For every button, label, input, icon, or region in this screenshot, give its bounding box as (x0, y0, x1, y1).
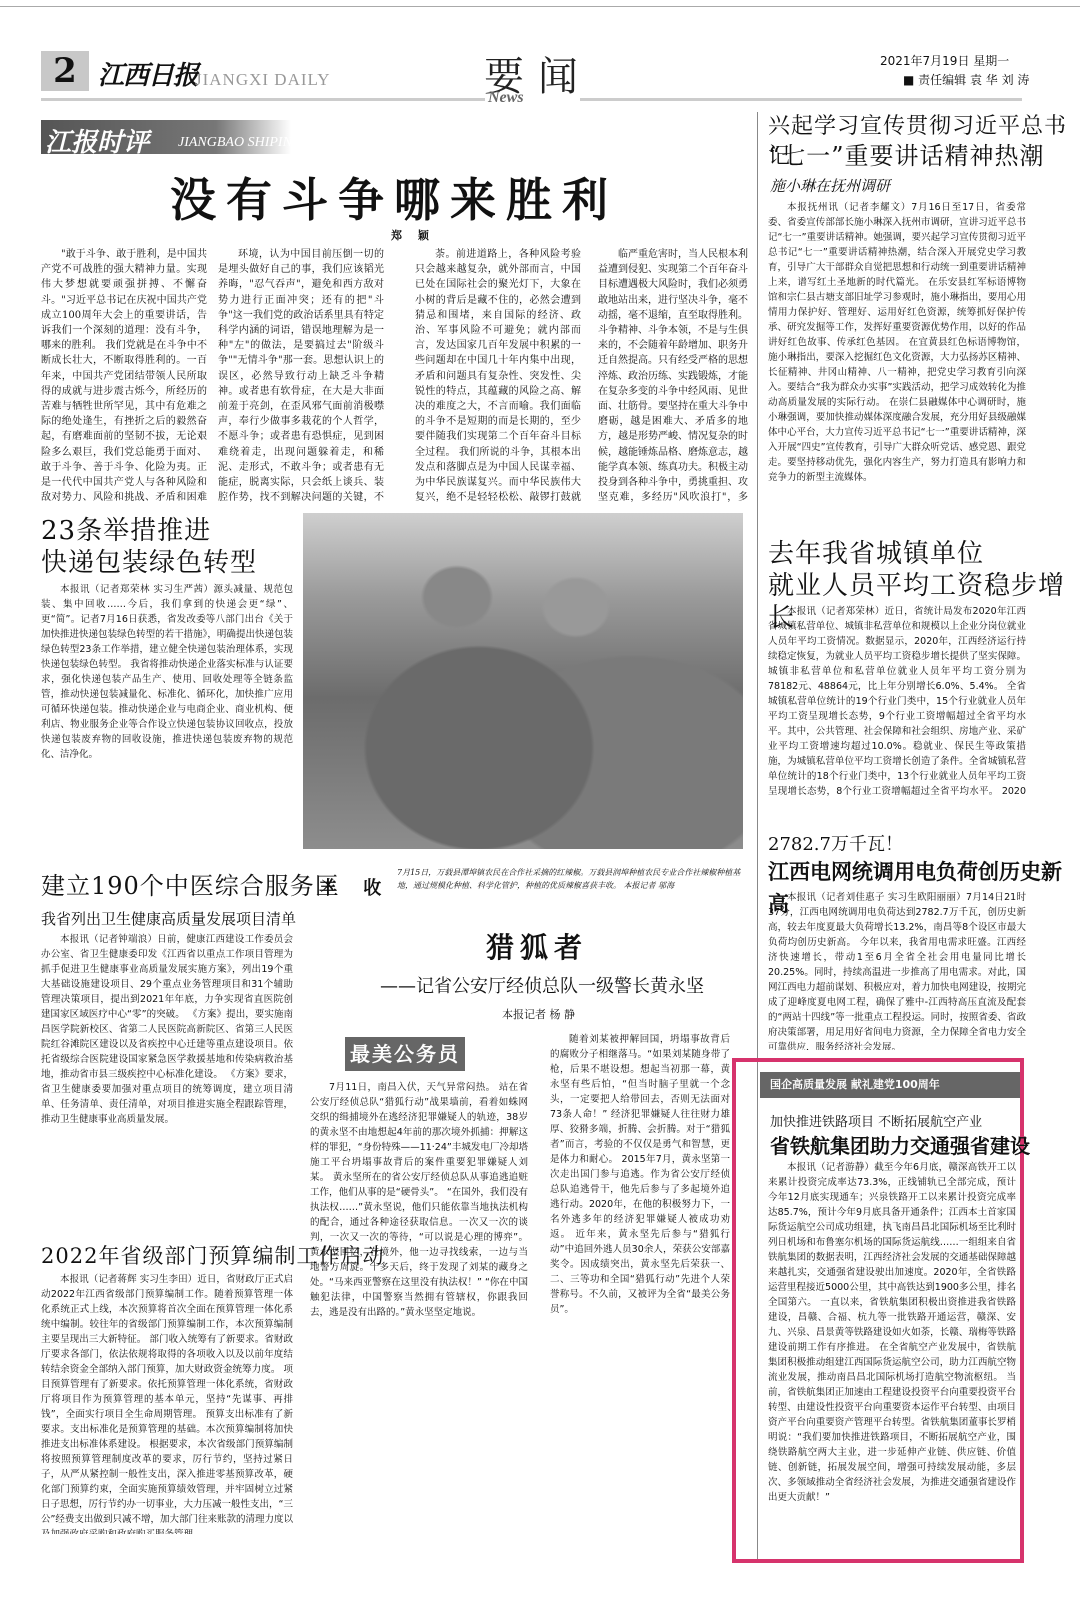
editorial-headline: 没有斗争哪来胜利 (170, 164, 618, 230)
railway-headline: 省铁航集团助力交通强省建设 (770, 1130, 1030, 1159)
tcm-headline: 建立190个中医综合服务区 (41, 870, 340, 902)
award-banner: 最美公务员 (345, 1037, 465, 1071)
masthead-rule-right (580, 98, 1022, 101)
page-number: 2 (41, 51, 89, 91)
railway-kicker: 加快推进铁路项目 不断拓展航空产业 (770, 1111, 982, 1130)
column-banner-en: JIANGBAO SHIPING (178, 135, 302, 151)
railway-banner: 国企高质量发展 献礼建党100周年 (760, 1072, 1020, 1098)
column-banner-title: 江报时评 (45, 122, 149, 159)
study-headline-2: “七一”重要讲话精神热潮 (768, 140, 1045, 172)
issue-date: 2021年7月19日 星期一 (880, 52, 1009, 69)
section-title-en: News (488, 89, 524, 107)
editorial-column-2: 环境，认为中国目前压倒一切的是埋头做好自己的事，我们应该韬光养晦，"忍气吞声"，… (218, 247, 384, 502)
hunter-byline: 本报记者 杨 静 (502, 1006, 575, 1022)
power-kicker: 2782.7万千瓦！ (768, 830, 903, 856)
top-rule (0, 6, 1080, 7)
hunter-column-1: 7月11日，南昌入伏，天气异常闷热。 站在省公安厅经侦总队“猎狐行动”战果墙前，… (310, 1080, 528, 1535)
study-body: 本报抚州讯（记者李耀文）7月16日至17日，省委常委、省委宣传部部长施小琳深入抚… (768, 200, 1026, 525)
editorial-column-1: "敢于斗争、敢于胜利，是中国共产党不可战胜的强大精神力量。实现伟大梦想就要顽强拼… (41, 247, 207, 502)
budget-body: 本报讯（记者蒋辉 实习生李田）近日，省财政厅正式启动2022年江西省级部门预算编… (41, 1272, 293, 1534)
responsible-editor: ■ 责任编辑 袁 华 刘 涛 (903, 71, 1029, 88)
paper-name-en: JIANGXI DAILY (195, 70, 330, 90)
power-body: 本报讯（记者刘佳惠子 实习生欧阳丽丽）7月14日21时37分，江西电网统调用电负… (768, 890, 1026, 1050)
editorial-author: 郑 颖 (391, 227, 435, 243)
editorial-column-3: 荼。前进道路上，各种风险考验只会越来越复杂，就外部而言，中国已处在国际社会的聚光… (415, 247, 581, 502)
wages-body: 本报讯（记者郑荣林）近日，省统计局发布2020年江西省城镇私营单位、城镇非私营单… (768, 604, 1026, 800)
study-subtitle: 施小琳在抚州调研 (770, 175, 890, 196)
express-body: 本报讯（记者郑荣林 实习生严茜）源头减量、规范包装、集中回收……今后，我们拿到的… (41, 582, 293, 860)
masthead-rule-left (41, 98, 485, 101)
hunter-headline: 猎狐者 (486, 926, 588, 966)
paper-logo: 江西日报 (98, 55, 198, 92)
hunter-column-2: 随着刘某被押解回国，坍塌事故背后的腐败分子相继落马。“如果刘某随身带了枪，后果不… (550, 1032, 730, 1537)
express-headline-1: 23条举措推进 (41, 515, 211, 547)
wages-headline-1: 去年我省城镇单位 (768, 538, 984, 570)
hunter-subtitle: ——记省公安厅经侦总队一级警长黄永坚 (380, 972, 704, 998)
photo-caption: 7月15日，万载县潭埠镇农民在合作社采摘的红辣椒。万载县润埠种植农民专业合作社辣… (397, 866, 747, 892)
harvest-photo (303, 513, 743, 849)
tcm-body: 本报讯（记者钟端浪）日前，健康江西建设工作委员会办公室、省卫生健康委印发《江西省… (41, 932, 293, 1232)
editorial-column-4: 临严重危害时，当人民根本利益遭到侵犯、实现第二个百年奋斗目标遭遇极大风险时，我们… (598, 247, 748, 502)
railway-body: 本报讯（记者游静）截至今年6月底，赣深高铁开工以来累计投资完成率达73.3%，正… (768, 1160, 1016, 1535)
express-headline-2: 快递包装绿色转型 (41, 547, 257, 579)
tcm-subtitle: 我省列出卫生健康高质量发展项目清单 (41, 908, 296, 929)
